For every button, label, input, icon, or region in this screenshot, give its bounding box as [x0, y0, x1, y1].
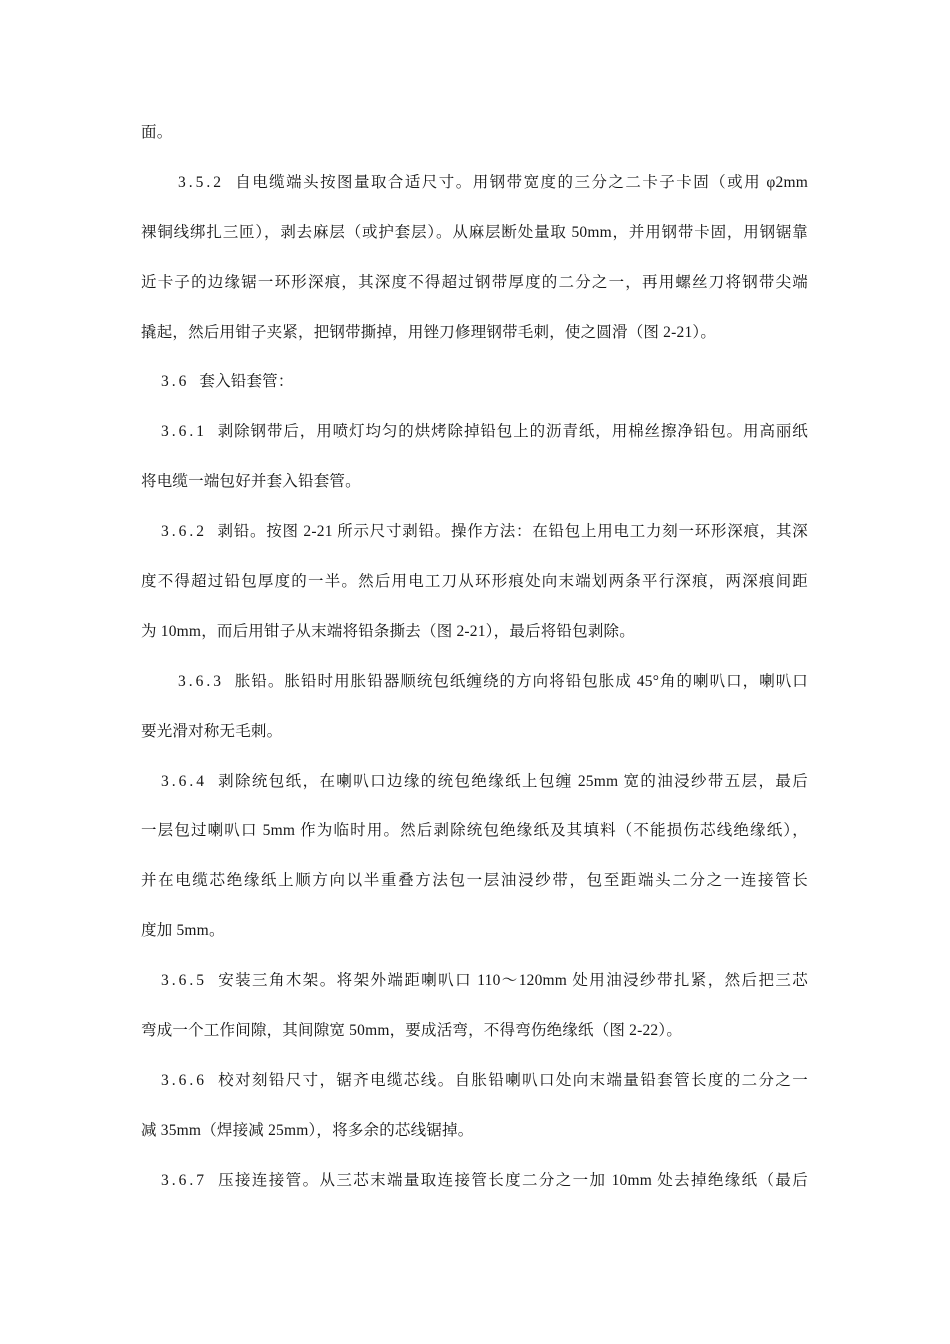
- line-04-continuation: 近卡子的边缘锯一环形深痕，其深度不得超过钢带厚度的二分之一，再用螺丝刀将钢带尖端: [141, 258, 808, 308]
- line-text: 弯成一个工作间隙，其间隙宽 50mm，要成活弯，不得弯伤绝缘纸（图 2-22）。: [141, 1022, 682, 1039]
- line-14-section-3-6-4: 3.6.4剥除统包纸，在喇叭口边缘的统包绝缘纸上包缠 25mm 宽的油浸纱带五层…: [141, 757, 808, 807]
- line-text: 面。: [141, 124, 172, 141]
- line-text: 剥铅。按图 2-21 所示尺寸剥铅。操作方法：在铅包上用电工力刻一环形深痕，其深: [217, 523, 808, 540]
- line-19-continuation: 弯成一个工作间隙，其间隙宽 50mm，要成活弯，不得弯伤绝缘纸（图 2-22）。: [141, 1006, 808, 1056]
- section-number: 3.6.1: [161, 423, 207, 440]
- line-text: 剥除统包纸，在喇叭口边缘的统包绝缘纸上包缠 25mm 宽的油浸纱带五层，最后: [217, 773, 808, 790]
- line-22-section-3-6-7: 3.6.7压接连接管。从三芯末端量取连接管长度二分之一加 10mm 处去掉绝缘纸…: [141, 1156, 808, 1206]
- section-number: 3.6.2: [161, 523, 207, 540]
- line-text: 剥除钢带后，用喷灯均匀的烘烤除掉铅包上的沥青纸，用棉丝擦净铅包。用高丽纸: [217, 423, 808, 440]
- line-03-continuation: 裸铜线绑扎三匝），剥去麻层（或护套层）。从麻层断处量取 50mm，并用钢带卡固，…: [141, 208, 808, 258]
- line-10-continuation: 度不得超过铅包厚度的一半。然后用电工刀从环形痕处向末端划两条平行深痕，两深痕间距: [141, 557, 808, 607]
- section-number: 3.5.2: [178, 174, 224, 191]
- section-number: 3.6: [161, 373, 189, 390]
- document-page: 面。 3.5.2自电缆端头按图量取合适尺寸。用钢带宽度的三分之二卡子卡固（或用 …: [0, 0, 950, 1344]
- line-01-continuation: 面。: [141, 108, 808, 158]
- line-text: 度不得超过铅包厚度的一半。然后用电工刀从环形痕处向末端划两条平行深痕，两深痕间距: [141, 573, 808, 590]
- line-18-section-3-6-5: 3.6.5安装三角木架。将架外端距喇叭口 110～120mm 处用油浸纱带扎紧，…: [141, 956, 808, 1006]
- line-text: 压接连接管。从三芯末端量取连接管长度二分之一加 10mm 处去掉绝缘纸（最后: [217, 1172, 808, 1189]
- section-number: 3.6.7: [161, 1172, 207, 1189]
- line-text: 度加 5mm。: [141, 922, 225, 939]
- line-text: 减 35mm（焊接减 25mm），将多余的芯线锯掉。: [141, 1122, 473, 1139]
- line-text: 要光滑对称无毛刺。: [141, 723, 282, 740]
- line-text: 一层包过喇叭口 5mm 作为临时用。然后剥除统包绝缘纸及其填料（不能损伤芯线绝缘…: [141, 822, 808, 839]
- line-12-section-3-6-3: 3.6.3胀铅。胀铅时用胀铅器顺统包纸缠绕的方向将铅包胀成 45°角的喇叭口，喇…: [141, 657, 808, 707]
- line-text: 撬起，然后用钳子夹紧，把钢带撕掉，用锉刀修理钢带毛刺，使之圆滑（图 2-21）。: [141, 324, 716, 341]
- line-16-continuation: 并在电缆芯绝缘纸上顺方向以半重叠方法包一层油浸纱带，包至距端头二分之一连接管长: [141, 856, 808, 906]
- section-number: 3.6.3: [178, 673, 224, 690]
- line-text: 近卡子的边缘锯一环形深痕，其深度不得超过钢带厚度的二分之一，再用螺丝刀将钢带尖端: [141, 274, 808, 291]
- line-text: 胀铅。胀铅时用胀铅器顺统包纸缠绕的方向将铅包胀成 45°角的喇叭口，喇叭口: [234, 673, 808, 690]
- line-13-continuation: 要光滑对称无毛刺。: [141, 707, 808, 757]
- section-number: 3.6.4: [161, 773, 207, 790]
- line-text: 裸铜线绑扎三匝），剥去麻层（或护套层）。从麻层断处量取 50mm，并用钢带卡固，…: [141, 224, 808, 241]
- line-06-section-3-6: 3.6套入铅套管：: [141, 357, 808, 407]
- line-21-continuation: 减 35mm（焊接减 25mm），将多余的芯线锯掉。: [141, 1106, 808, 1156]
- line-text: 套入铅套管：: [199, 373, 293, 390]
- section-number: 3.6.6: [161, 1072, 207, 1089]
- line-09-section-3-6-2: 3.6.2剥铅。按图 2-21 所示尺寸剥铅。操作方法：在铅包上用电工力刻一环形…: [141, 507, 808, 557]
- line-11-continuation: 为 10mm，而后用钳子从末端将铅条撕去（图 2-21），最后将铅包剥除。: [141, 607, 808, 657]
- line-02-section-3-5-2: 3.5.2自电缆端头按图量取合适尺寸。用钢带宽度的三分之二卡子卡固（或用 φ2m…: [141, 158, 808, 208]
- line-text: 安装三角木架。将架外端距喇叭口 110～120mm 处用油浸纱带扎紧，然后把三芯: [217, 972, 808, 989]
- line-text: 将电缆一端包好并套入铅套管。: [141, 473, 361, 490]
- line-15-continuation: 一层包过喇叭口 5mm 作为临时用。然后剥除统包绝缘纸及其填料（不能损伤芯线绝缘…: [141, 806, 808, 856]
- line-20-section-3-6-6: 3.6.6校对刻铅尺寸，锯齐电缆芯线。自胀铅喇叭口处向末端量铅套管长度的二分之一: [141, 1056, 808, 1106]
- line-05-continuation: 撬起，然后用钳子夹紧，把钢带撕掉，用锉刀修理钢带毛刺，使之圆滑（图 2-21）。: [141, 308, 808, 358]
- line-07-section-3-6-1: 3.6.1剥除钢带后，用喷灯均匀的烘烤除掉铅包上的沥青纸，用棉丝擦净铅包。用高丽…: [141, 407, 808, 457]
- line-text: 并在电缆芯绝缘纸上顺方向以半重叠方法包一层油浸纱带，包至距端头二分之一连接管长: [141, 872, 808, 889]
- document-text-column: 面。 3.5.2自电缆端头按图量取合适尺寸。用钢带宽度的三分之二卡子卡固（或用 …: [141, 108, 808, 1206]
- line-text: 自电缆端头按图量取合适尺寸。用钢带宽度的三分之二卡子卡固（或用 φ2mm: [234, 174, 808, 191]
- section-number: 3.6.5: [161, 972, 207, 989]
- line-text: 校对刻铅尺寸，锯齐电缆芯线。自胀铅喇叭口处向末端量铅套管长度的二分之一: [217, 1072, 808, 1089]
- line-17-continuation: 度加 5mm。: [141, 906, 808, 956]
- line-text: 为 10mm，而后用钳子从末端将铅条撕去（图 2-21），最后将铅包剥除。: [141, 623, 635, 640]
- line-08-continuation: 将电缆一端包好并套入铅套管。: [141, 457, 808, 507]
